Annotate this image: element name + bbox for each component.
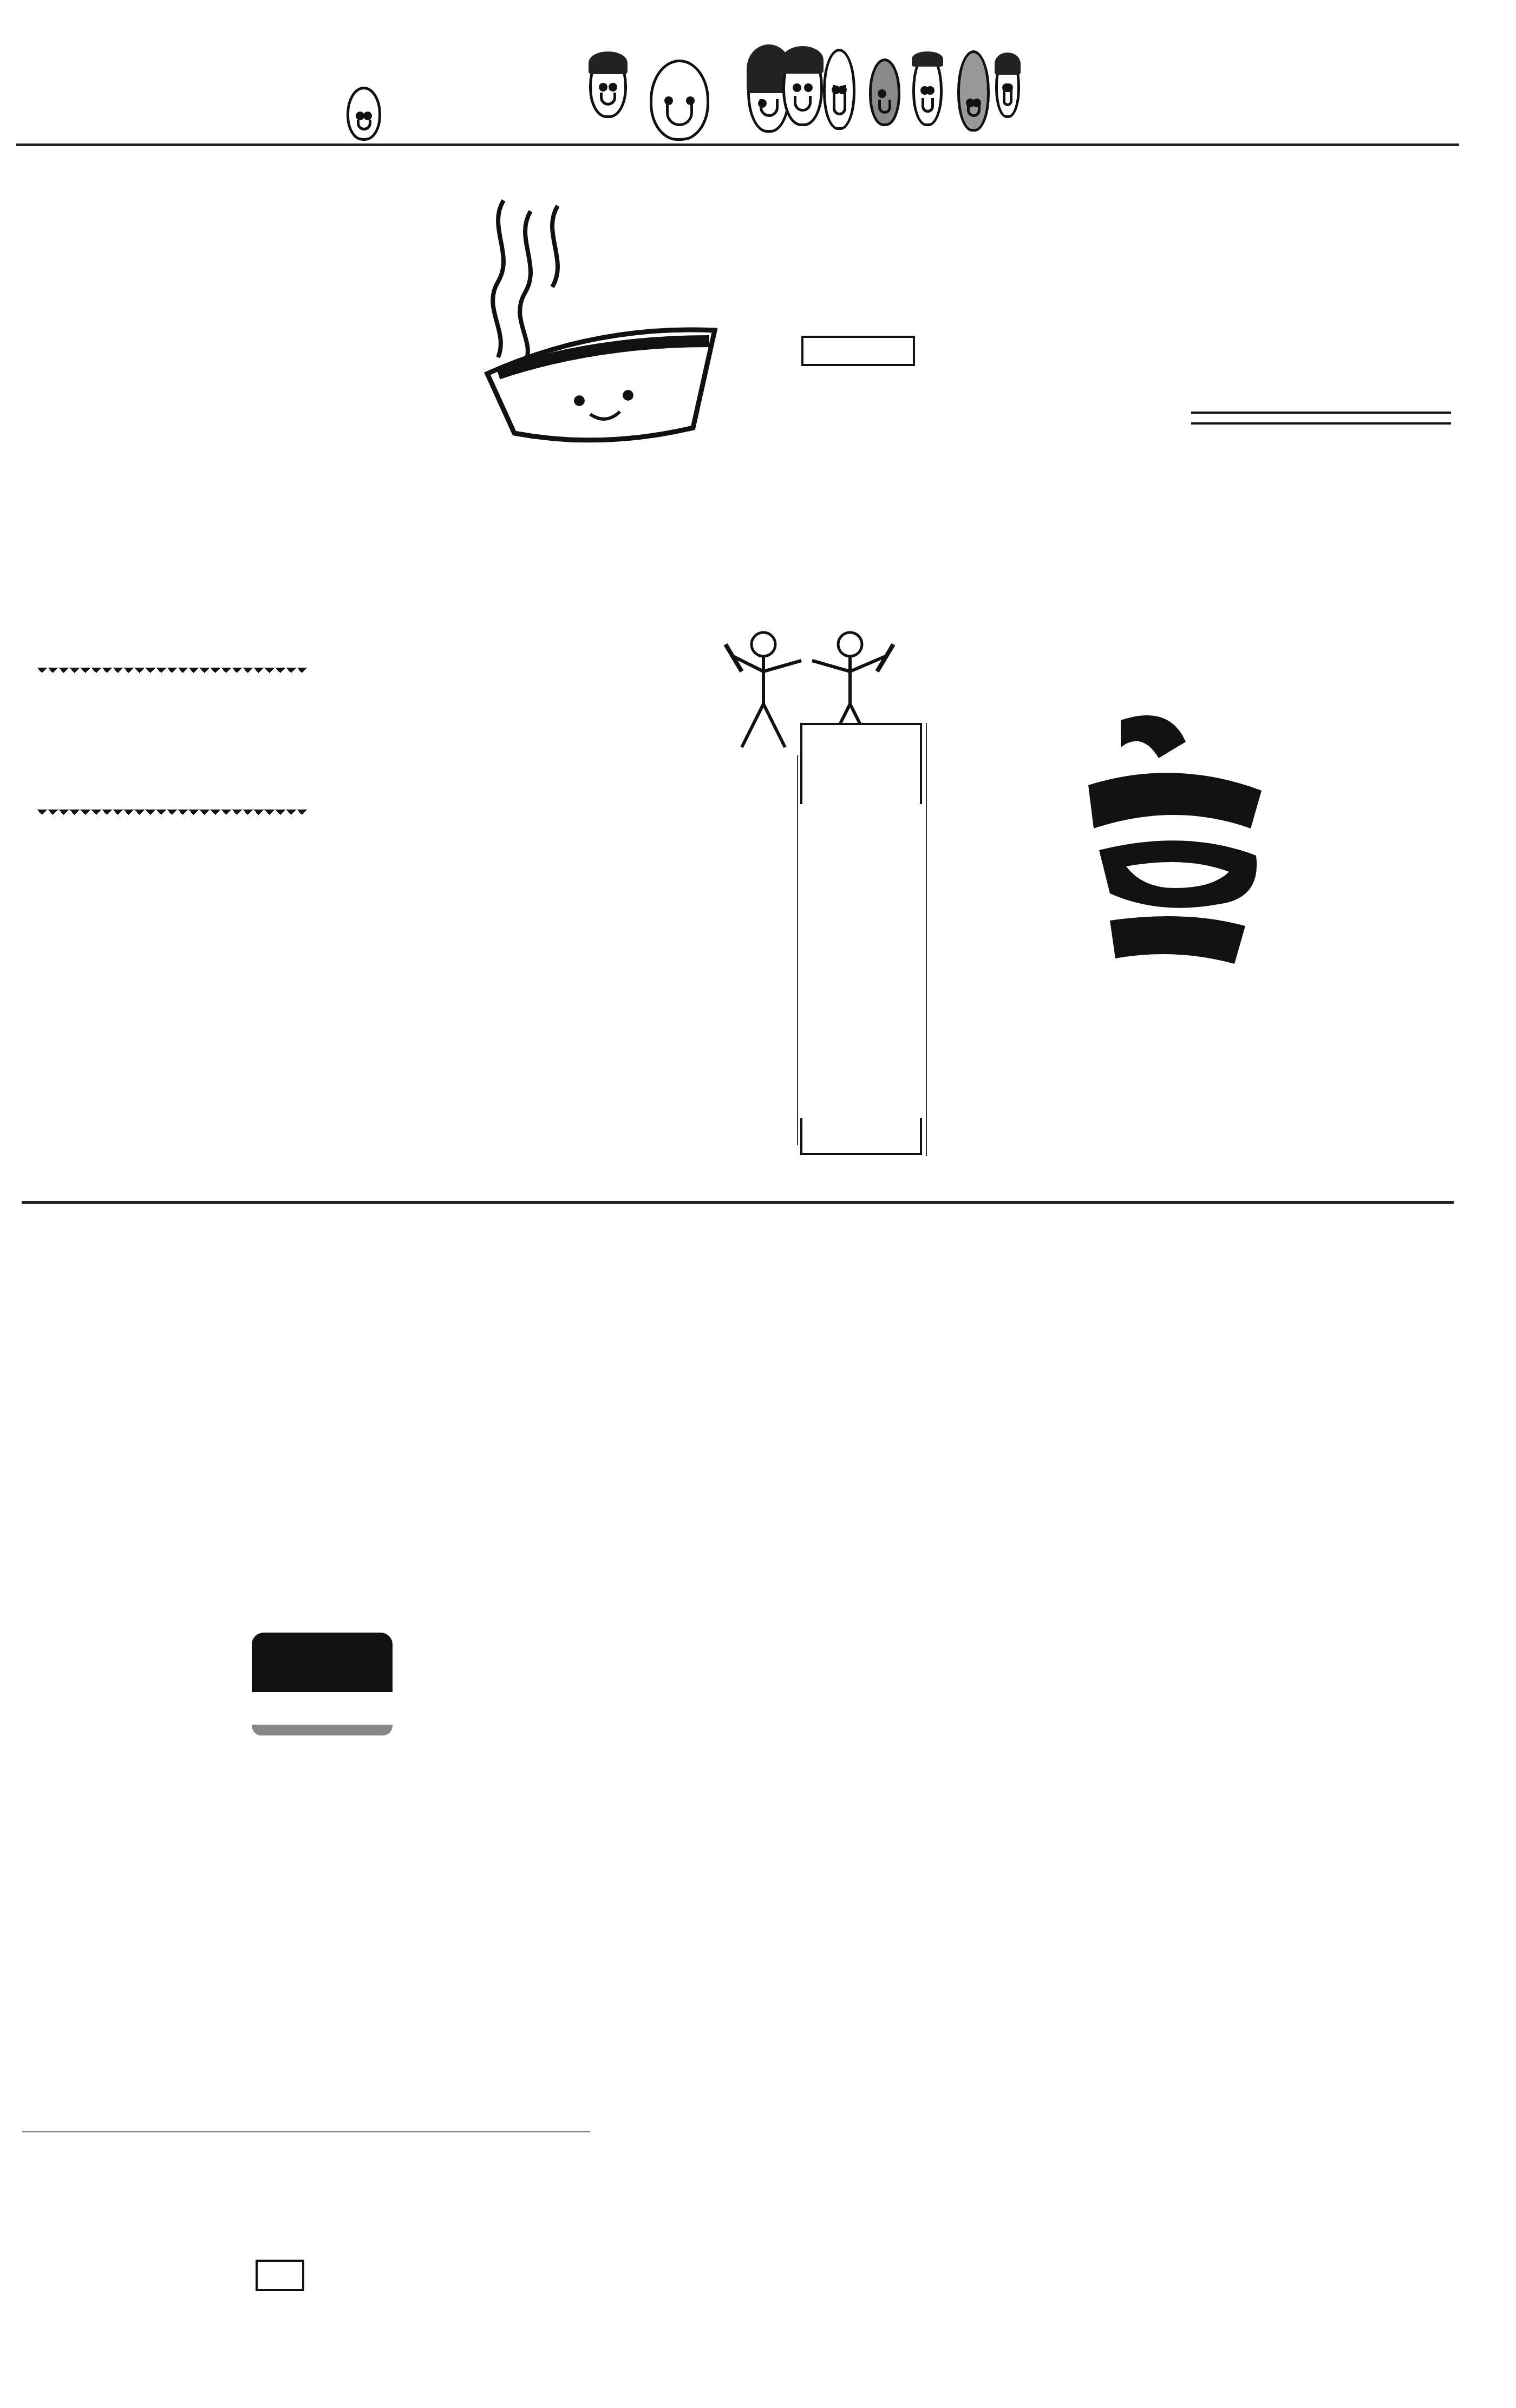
cartoon-face-icon	[957, 50, 990, 132]
sikkim-highlight	[1191, 412, 1451, 425]
masthead-divider	[16, 143, 1459, 146]
cartoon-face-icon	[823, 49, 855, 130]
article-column-1	[22, 382, 314, 385]
cartoon-face-icon	[912, 53, 943, 126]
column-label	[252, 1633, 393, 1692]
cartoon-face-icon	[589, 53, 627, 118]
cartoon-face-icon	[782, 48, 823, 126]
section-divider	[22, 1201, 1454, 1204]
sikkim-calligraphy-illustration-icon	[1077, 709, 1272, 969]
cartoon-face-icon	[995, 54, 1020, 118]
cartoon-face-icon	[347, 87, 381, 141]
zigzag-divider	[37, 668, 308, 675]
coffee-cup-illustration-icon	[466, 195, 661, 401]
zigzag-divider	[37, 810, 308, 817]
column-author	[252, 1692, 393, 1725]
author-byline	[801, 336, 915, 366]
cartoon-face-icon	[869, 58, 900, 126]
cartoon-face-icon	[650, 60, 709, 141]
